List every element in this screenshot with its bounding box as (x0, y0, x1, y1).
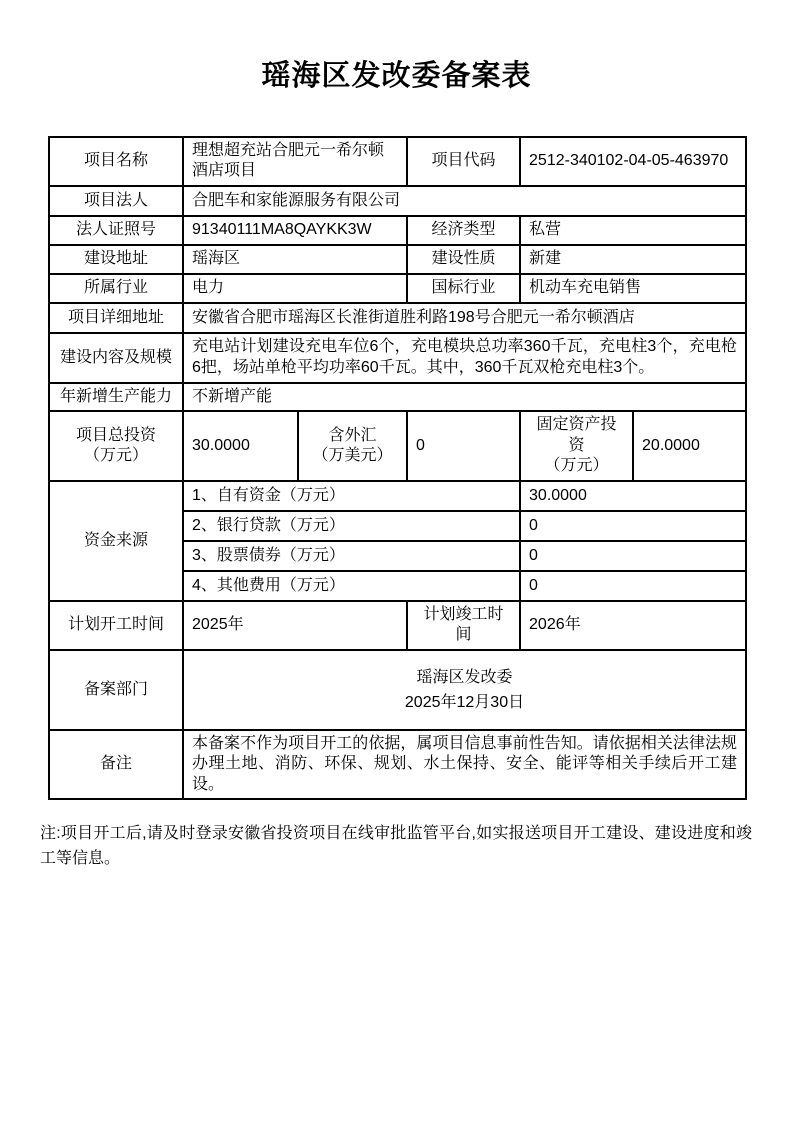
row-project-name: 项目名称 理想超充站合肥元一希尔顿酒店项目 项目代码 2512-340102-0… (49, 137, 746, 186)
project-name-label: 项目名称 (49, 137, 183, 186)
detail-address-value: 安徽省合肥市瑶海区长淮街道胜利路198号合肥元一希尔顿酒店 (183, 303, 746, 333)
row-industry: 所属行业 电力 国标行业 机动车充电销售 (49, 274, 746, 303)
industry-value: 电力 (183, 274, 407, 303)
filing-department-name: 瑶海区发改委 (192, 665, 737, 690)
project-name-value: 理想超充站合肥元一希尔顿酒店项目 (183, 137, 407, 186)
funds-item-value: 30.0000 (520, 481, 746, 511)
row-license-no: 法人证照号 91340111MA8QAYKK3W 经济类型 私营 (49, 216, 746, 245)
fixed-assets-label: 固定资产投资 （万元） (520, 411, 633, 480)
remarks-label: 备注 (49, 730, 183, 799)
content-scale-value: 充电站计划建设充电车位6个，充电模块总功率360千瓦，充电柱3个，充电枪6把，场… (183, 333, 746, 383)
new-capacity-label: 年新增生产能力 (49, 383, 183, 411)
foreign-exchange-value: 0 (407, 411, 520, 480)
funds-item-label: 2、银行贷款（万元） (183, 511, 520, 541)
row-funds-item-1: 资金来源 1、自有资金（万元） 30.0000 (49, 481, 746, 511)
planned-start-value: 2025年 (183, 601, 407, 650)
total-investment-label-line1: 项目总投资 (58, 426, 174, 446)
foreign-exchange-label-line1: 含外汇 (307, 426, 398, 446)
license-no-label: 法人证照号 (49, 216, 183, 245)
row-remarks: 备注 本备案不作为项目开工的依据，属项目信息事前性告知。请依据相关法律法规办理土… (49, 730, 746, 799)
remarks-value: 本备案不作为项目开工的依据，属项目信息事前性告知。请依据相关法律法规办理土地、消… (183, 730, 746, 799)
build-nature-label: 建设性质 (407, 245, 520, 274)
row-detail-address: 项目详细地址 安徽省合肥市瑶海区长淮街道胜利路198号合肥元一希尔顿酒店 (49, 303, 746, 333)
filing-department-label: 备案部门 (49, 650, 183, 730)
filing-form-table: 项目名称 理想超充站合肥元一希尔顿酒店项目 项目代码 2512-340102-0… (48, 136, 747, 800)
row-investment: 项目总投资 （万元） 30.0000 含外汇 （万美元） 0 固定资产投资 （万… (49, 411, 746, 480)
row-build-address: 建设地址 瑶海区 建设性质 新建 (49, 245, 746, 274)
planned-completion-value: 2026年 (520, 601, 746, 650)
footer-note: 注:项目开工后,请及时登录安徽省投资项目在线审批监管平台,如实报送项目开工建设、… (40, 821, 752, 871)
filing-department-value: 瑶海区发改委 2025年12月30日 (183, 650, 746, 730)
funds-item-value: 0 (520, 571, 746, 601)
content-scale-label: 建设内容及规模 (49, 333, 183, 383)
total-investment-label: 项目总投资 （万元） (49, 411, 183, 480)
license-no-value: 91340111MA8QAYKK3W (183, 216, 407, 245)
legal-person-value: 合肥车和家能源服务有限公司 (183, 186, 746, 216)
row-legal-person: 项目法人 合肥车和家能源服务有限公司 (49, 186, 746, 216)
row-content-scale: 建设内容及规模 充电站计划建设充电车位6个，充电模块总功率360千瓦，充电柱3个… (49, 333, 746, 383)
funds-item-value: 0 (520, 511, 746, 541)
economic-type-label: 经济类型 (407, 216, 520, 245)
industry-label: 所属行业 (49, 274, 183, 303)
fixed-assets-label-line2: （万元） (529, 456, 624, 476)
project-code-label: 项目代码 (407, 137, 520, 186)
legal-person-label: 项目法人 (49, 186, 183, 216)
row-new-capacity: 年新增生产能力 不新增产能 (49, 383, 746, 411)
national-industry-label: 国标行业 (407, 274, 520, 303)
build-address-value: 瑶海区 (183, 245, 407, 274)
planned-completion-label: 计划竣工时间 (407, 601, 520, 650)
filing-department-date: 2025年12月30日 (192, 690, 737, 715)
funds-item-label: 4、其他费用（万元） (183, 571, 520, 601)
row-filing-department: 备案部门 瑶海区发改委 2025年12月30日 (49, 650, 746, 730)
new-capacity-value: 不新增产能 (183, 383, 746, 411)
national-industry-value: 机动车充电销售 (520, 274, 746, 303)
page-title: 瑶海区发改委备案表 (0, 58, 793, 94)
planned-start-label: 计划开工时间 (49, 601, 183, 650)
row-schedule: 计划开工时间 2025年 计划竣工时间 2026年 (49, 601, 746, 650)
fixed-assets-label-line1: 固定资产投资 (529, 415, 624, 456)
fixed-assets-value: 20.0000 (633, 411, 746, 480)
funds-item-label: 1、自有资金（万元） (183, 481, 520, 511)
project-code-value: 2512-340102-04-05-463970 (520, 137, 746, 186)
build-nature-value: 新建 (520, 245, 746, 274)
detail-address-label: 项目详细地址 (49, 303, 183, 333)
funds-item-value: 0 (520, 541, 746, 571)
funds-source-label: 资金来源 (49, 481, 183, 601)
total-investment-value: 30.0000 (183, 411, 298, 480)
build-address-label: 建设地址 (49, 245, 183, 274)
economic-type-value: 私营 (520, 216, 746, 245)
funds-item-label: 3、股票债券（万元） (183, 541, 520, 571)
foreign-exchange-label: 含外汇 （万美元） (298, 411, 407, 480)
total-investment-label-line2: （万元） (58, 446, 174, 466)
foreign-exchange-label-line2: （万美元） (307, 446, 398, 466)
